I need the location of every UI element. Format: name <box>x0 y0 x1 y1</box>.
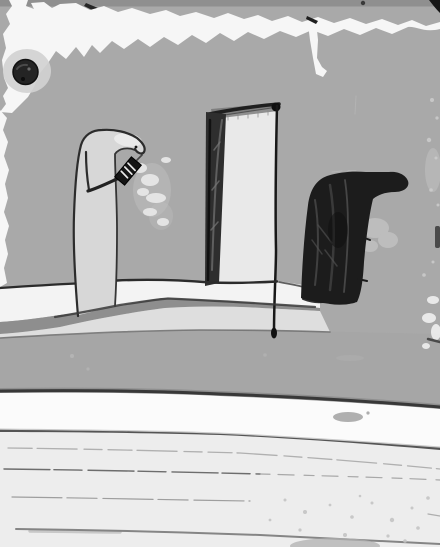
top-smudge <box>361 1 365 5</box>
sketch-artwork <box>0 0 440 547</box>
ball <box>3 49 51 93</box>
door-line-blob <box>271 328 277 339</box>
step-ledge <box>0 279 330 338</box>
figure-eye <box>135 146 138 149</box>
ruled-paper <box>0 432 440 547</box>
edge-dark-smudge <box>435 226 440 248</box>
artwork-canvas <box>0 0 440 547</box>
band-smudge <box>333 412 363 422</box>
